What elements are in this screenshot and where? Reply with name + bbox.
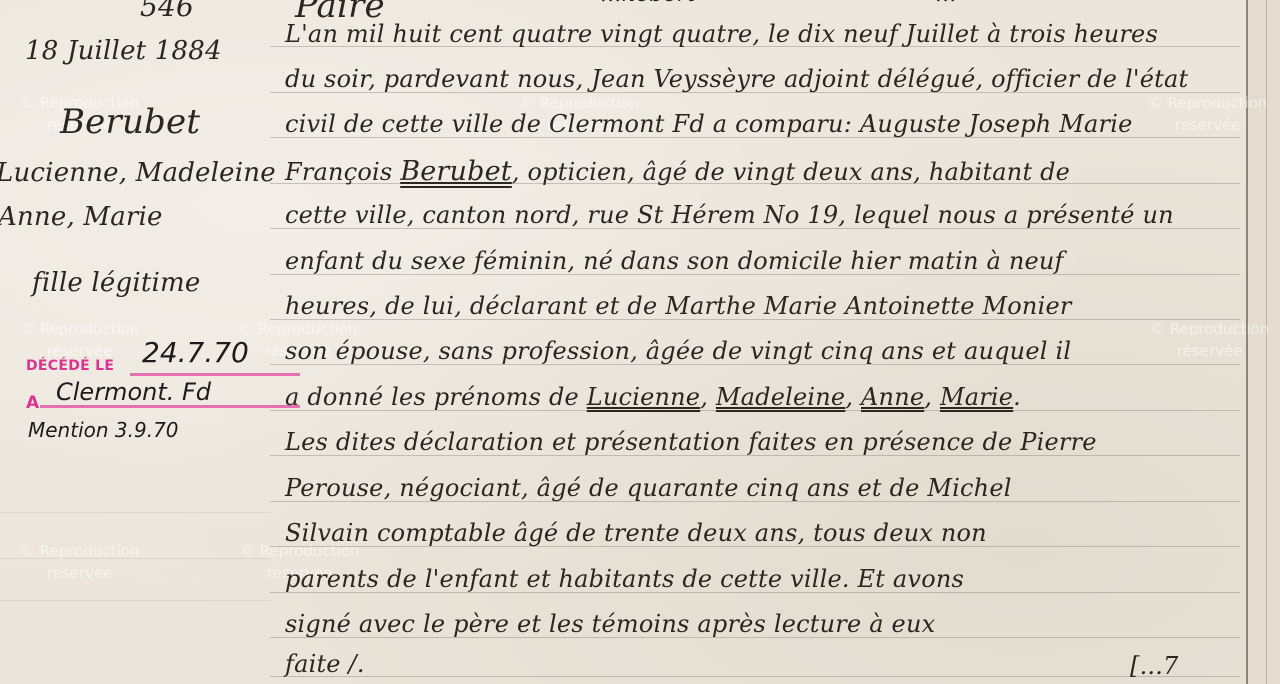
separator: ,: [845, 383, 861, 411]
watermark: © Reproduction réservée: [20, 540, 139, 584]
body-line-5: cette ville, canton nord, rue St Hérem N…: [285, 201, 1174, 229]
entry-number: 546: [140, 0, 194, 23]
given-name-3: Anne: [861, 383, 924, 411]
stamp-at-label: A: [26, 393, 39, 413]
body-line-8: son épouse, sans profession, âgée de vin…: [285, 337, 1071, 365]
entry-date: 18 Juillet 1884: [25, 36, 222, 66]
margin-surname: Berubet: [60, 102, 200, 142]
margin-given-names-1: Lucienne, Madeleine: [0, 158, 276, 188]
body-line-6: enfant du sexe féminin, né dans son domi…: [285, 247, 1064, 275]
margin-rule: [0, 558, 270, 559]
stamp-underline: [130, 373, 300, 376]
page-binding-line: [1246, 0, 1248, 684]
given-name-2: Madeleine: [716, 383, 845, 411]
margin-given-names-2: Anne, Marie: [0, 202, 163, 232]
mention-note: Mention 3.9.70: [28, 418, 179, 442]
margin-rule: [0, 600, 270, 601]
line9-prefix: a donné les prénoms de: [285, 383, 587, 411]
body-line-1: L'an mil huit cent quatre vingt quatre, …: [285, 20, 1158, 48]
body-line-2: du soir, pardevant nous, Jean Veyssèyre …: [285, 65, 1188, 93]
stamp-death-place: Clermont. Fd: [56, 378, 211, 406]
line4-suffix: , opticien, âgé de vingt deux ans, habit…: [512, 158, 1070, 186]
margin-status: fille légitime: [32, 268, 201, 298]
line4-prefix: François: [285, 158, 400, 186]
given-name-4: Marie: [940, 383, 1013, 411]
body-line-15: faite /.: [285, 650, 365, 678]
line9-end: .: [1013, 383, 1021, 411]
header-partial-right: ...: [935, 0, 957, 7]
footer-partial: [...7: [1130, 652, 1179, 680]
margin-rule: [0, 512, 270, 513]
body-line-11: Perouse, négociant, âgé de quarante cinq…: [285, 474, 1012, 502]
body-line-9: a donné les prénoms de Lucienne, Madelei…: [285, 383, 1021, 411]
watermark: © Reproduction réservée: [20, 318, 139, 362]
body-line-3: civil de cette ville de Clermont Fd a co…: [285, 110, 1133, 138]
body-line-14: signé avec le père et les témoins après …: [285, 610, 935, 638]
body-line-12: Silvain comptable âgé de trente deux ans…: [285, 519, 987, 547]
body-line-7: heures, de lui, déclarant et de Marthe M…: [285, 292, 1072, 320]
body-line-13: parents de l'enfant et habitants de cett…: [285, 565, 964, 593]
ruled-line: [270, 676, 1240, 677]
given-name-1: Lucienne: [587, 383, 700, 411]
stamp-died-label: DÉCÉDÉ LE: [26, 358, 114, 374]
underlined-surname: Berubet: [400, 156, 512, 187]
page-edge: [1248, 0, 1280, 684]
header-partial-center: ...hebert: [600, 0, 696, 7]
body-line-4: François Berubet, opticien, âgé de vingt…: [285, 156, 1070, 187]
page-binding-line: [1266, 0, 1267, 684]
stamp-death-date: 24.7.70: [142, 336, 249, 369]
body-line-10: Les dites déclaration et présentation fa…: [285, 428, 1097, 456]
register-page: © Reproduction réservée © Reproduction r…: [0, 0, 1280, 684]
separator: ,: [924, 383, 940, 411]
separator: ,: [700, 383, 716, 411]
